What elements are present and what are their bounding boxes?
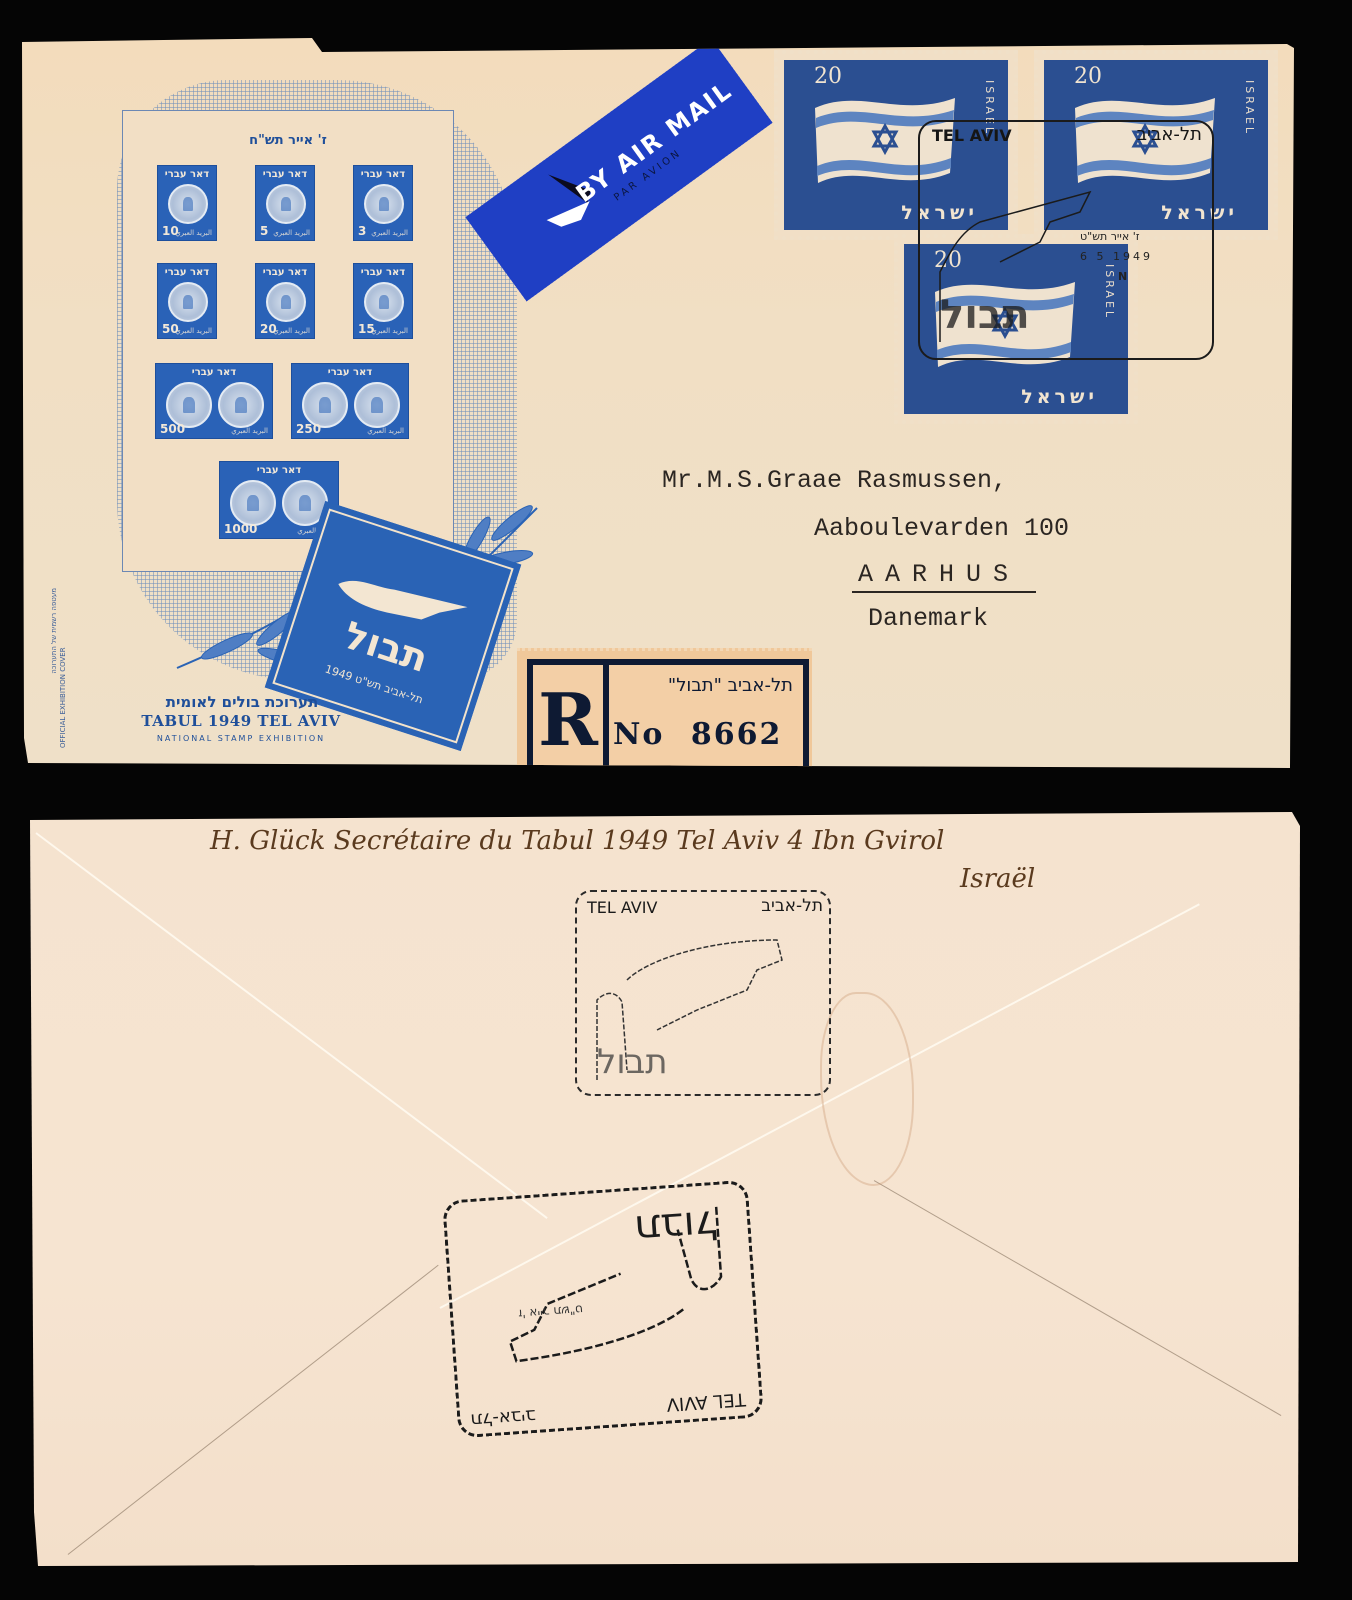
flap-edge — [874, 1180, 1282, 1416]
backstamp-transit: TEL AVIV תל-אביב תבול ז' אייר תש"ט — [442, 1180, 764, 1439]
flap-crease — [35, 832, 547, 1219]
postmark-cancellation: TEL AVIV תל-אביב תבול ז' אייר תש"ט 6 5 1… — [918, 120, 1214, 360]
exhibition-title-hebrew: תערוכת בולים לאומית — [142, 693, 342, 711]
coin-icon — [266, 282, 306, 322]
sheet-title: ז' אייר תש"ח — [123, 133, 453, 148]
sender-country: Israël — [960, 864, 1035, 894]
coin-stamp: דאר עברי 15 البريد العبري — [353, 263, 413, 339]
registration-office: תל-אביב "תבול" — [623, 675, 793, 696]
coin-icon — [218, 382, 264, 428]
coin-icon — [266, 184, 306, 224]
registration-label: R תל-אביב "תבול" No 8662 — [517, 648, 812, 787]
coin-stamp: דאר עברי 3 البريد العبري — [353, 165, 413, 241]
coin-icon — [354, 382, 400, 428]
coin-icon — [364, 184, 404, 224]
airmail-label: BY AIR MAIL PAR AVION — [465, 39, 772, 302]
address-country: Danemark — [868, 604, 988, 633]
exhibition-title: TABUL 1949 TEL AVIV — [136, 712, 346, 730]
coin-stamp: דאר עברי 10 البريد العبري — [157, 165, 217, 241]
coin-icon — [364, 282, 404, 322]
coin-stamp: דאר עברי 5 البريد العبري — [255, 165, 315, 241]
sender-note: H. Glück Secrétaire du Tabul 1949 Tel Av… — [210, 826, 944, 856]
envelope-front: ז' אייר תש"ח דאר עברי 10 البريد العبري ד… — [22, 38, 1294, 768]
exhibition-subtitle: NATIONAL STAMP EXHIBITION — [136, 734, 346, 743]
registration-number: No 8662 — [613, 717, 782, 752]
address-name: Mr.M.S.Graae Rasmussen, — [662, 466, 1007, 495]
coin-stamp: דאר עברי 20 البريد العبري — [255, 263, 315, 339]
official-cover-note: מעטפה רשמית של התערוכה OFFICIAL EXHIBITI… — [50, 588, 80, 748]
address-city: AARHUS — [852, 560, 1036, 593]
coin-stamp-double: דאר עברי 500 البريد العبري — [155, 363, 273, 439]
flap-edge — [68, 1265, 439, 1555]
address-street: Aaboulevarden 100 — [814, 514, 1069, 543]
coin-stamp-double: דאר עברי 250 البريد العبري — [291, 363, 409, 439]
coin-icon — [168, 184, 208, 224]
water-stain — [820, 992, 914, 1186]
registered-letter: R — [533, 665, 609, 777]
coin-icon — [168, 282, 208, 322]
backstamp-arrival: TEL AVIV תל-אביב תבול — [575, 890, 831, 1096]
coin-stamp: דאר עברי 50 البريد العبري — [157, 263, 217, 339]
